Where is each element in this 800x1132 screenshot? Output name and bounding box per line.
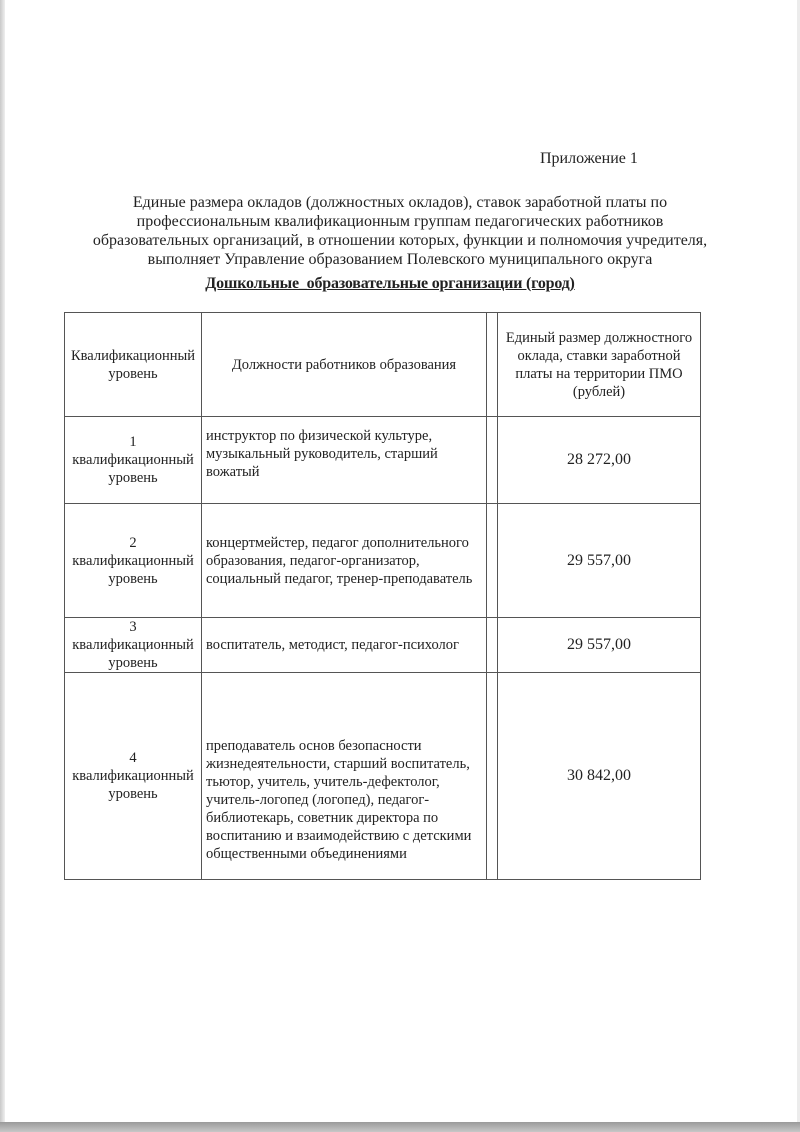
level-text: квалификационный уровень (69, 636, 197, 672)
level-number: 4 (69, 749, 197, 767)
spacer-cell (487, 504, 498, 618)
level-text: квалификационный уровень (69, 451, 197, 487)
level-cell: 2 квалификационный уровень (65, 504, 202, 618)
level-cell: 3 квалификационный уровень (65, 618, 202, 673)
header-positions-text: Должности работников образования (232, 357, 456, 373)
scan-edge-left (0, 0, 5, 1132)
level-cell: 4 квалификационный уровень (65, 673, 202, 880)
table-row: 1 квалификационный уровень инструктор по… (65, 417, 701, 504)
header-level: Квалификационный уровень (65, 313, 202, 417)
positions-text: концертмейстер, педагог дополнительного … (206, 535, 472, 587)
level-cell: 1 квалификационный уровень (65, 417, 202, 504)
salary-cell: 29 557,00 (498, 618, 701, 673)
positions-text: преподаватель основ безопасности жизнеде… (206, 738, 471, 862)
table-header-row: Квалификационный уровень Должности работ… (65, 313, 701, 417)
title-line: образовательных организаций, в отношении… (60, 231, 740, 250)
level-text: квалификационный уровень (69, 552, 197, 588)
section-subtitle: Дошкольные_образовательные организации (… (0, 275, 780, 293)
spacer-cell (487, 417, 498, 504)
salary-table: Квалификационный уровень Должности работ… (64, 312, 701, 880)
positions-text: воспитатель, методист, педагог-психолог (206, 637, 459, 653)
document-title: Единые размера окладов (должностных окла… (60, 193, 740, 269)
title-line: выполняет Управление образованием Полевс… (60, 250, 740, 269)
salary-cell: 29 557,00 (498, 504, 701, 618)
table-row: 4 квалификационный уровень преподаватель… (65, 673, 701, 880)
level-text: квалификационный уровень (69, 767, 197, 803)
title-line: Единые размера окладов (должностных окла… (60, 193, 740, 212)
header-spacer (487, 313, 498, 417)
table-row: 2 квалификационный уровень концертмейсте… (65, 504, 701, 618)
salary-cell: 28 272,00 (498, 417, 701, 504)
title-line: профессиональным квалификационным группа… (60, 212, 740, 231)
table-row: 3 квалификационный уровень воспитатель, … (65, 618, 701, 673)
scan-edge-bottom (0, 1122, 800, 1132)
appendix-label: Приложение 1 (540, 150, 638, 168)
positions-cell: концертмейстер, педагог дополнительного … (202, 504, 487, 618)
level-number: 1 (69, 433, 197, 451)
level-number: 2 (69, 534, 197, 552)
header-positions: Должности работников образования (202, 313, 487, 417)
positions-cell: воспитатель, методист, педагог-психолог (202, 618, 487, 673)
level-number: 3 (69, 618, 197, 636)
positions-text: инструктор по физической культуре, музык… (206, 428, 438, 480)
salary-cell: 30 842,00 (498, 673, 701, 880)
header-salary: Единый размер должностного оклада, ставк… (498, 313, 701, 417)
positions-cell: инструктор по физической культуре, музык… (202, 417, 487, 504)
spacer-cell (487, 618, 498, 673)
positions-cell: преподаватель основ безопасности жизнеде… (202, 673, 487, 880)
spacer-cell (487, 673, 498, 880)
